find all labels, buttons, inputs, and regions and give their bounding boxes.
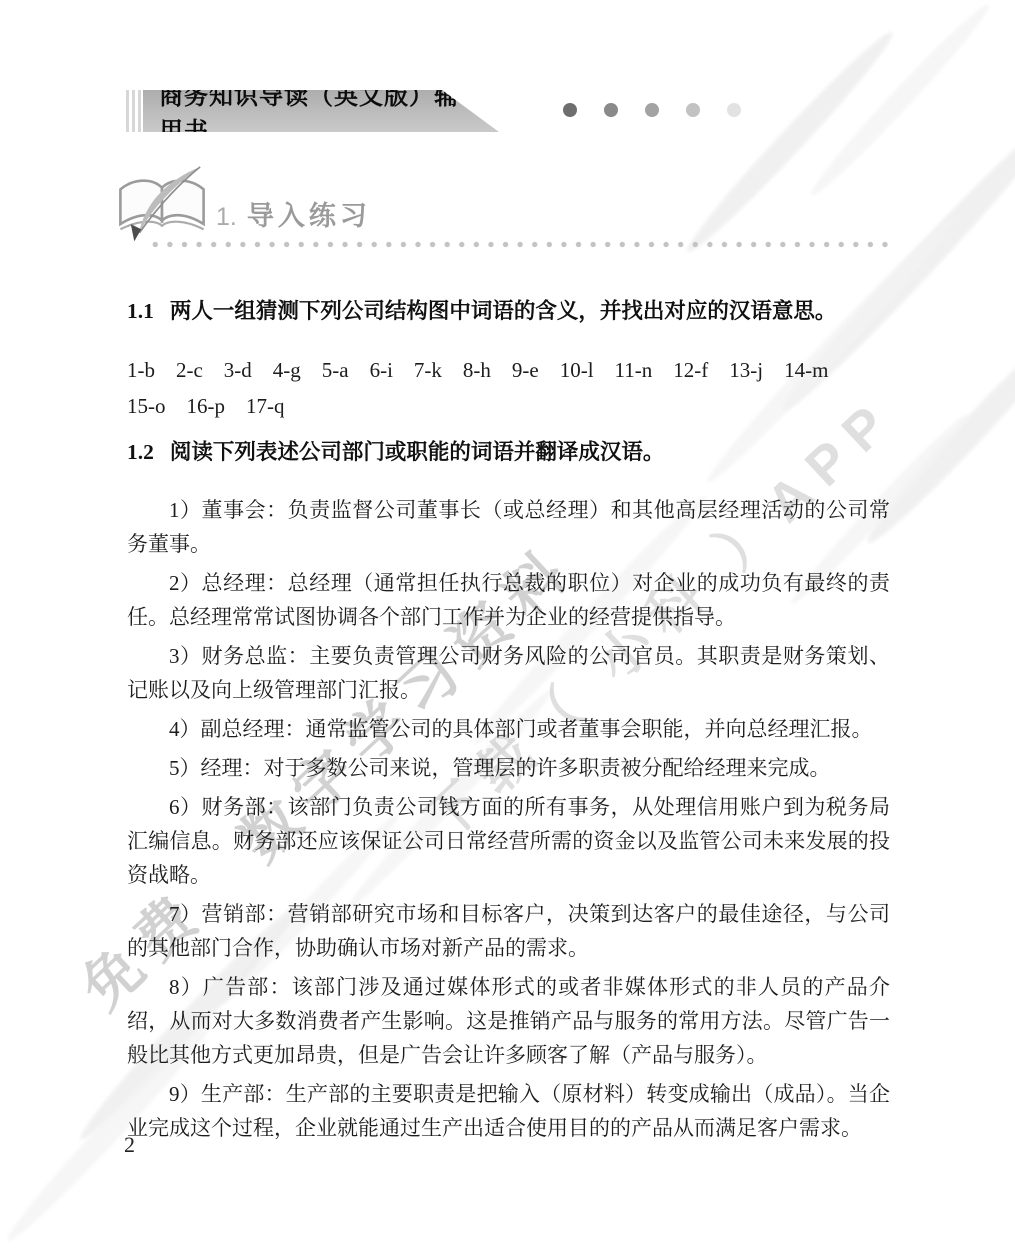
answer-key: 1-b 2-c 3-d 4-g 5-a 6-i 7-k 8-h 9-e 10-l… xyxy=(127,352,890,424)
page-number: 2 xyxy=(124,1132,135,1158)
dot xyxy=(604,103,618,117)
dot xyxy=(563,103,577,117)
exercise-1-2-answers: 1）董事会：负责监督公司董事长（或总经理）和其他高层经理活动的公司常务董事。 2… xyxy=(127,493,890,1145)
answer-paragraph: 6）财务部：该部门负责公司钱方面的所有事务，从处理信用账户到为税务局汇编信息。财… xyxy=(127,790,890,892)
section-number: 1. xyxy=(216,203,237,232)
book-quill-icon xyxy=(110,163,214,252)
section-header: 1. 导入练习 xyxy=(216,194,371,233)
answer-paragraph: 9）生产部：生产部的主要职责是把输入（原材料）转变成输出（成品）。当企业完成这个… xyxy=(127,1077,890,1145)
dot xyxy=(645,103,659,117)
dot xyxy=(727,103,741,117)
exercise-number: 1.2 xyxy=(127,440,154,464)
answer-key-line: 1-b 2-c 3-d 4-g 5-a 6-i 7-k 8-h 9-e 10-l… xyxy=(127,352,890,388)
answer-paragraph: 2）总经理：总经理（通常担任执行总裁的职位）对企业的成功负有最终的责任。总经理常… xyxy=(127,566,890,634)
dot xyxy=(686,103,700,117)
exercise-title: 两人一组猜测下列公司结构图中词语的含义，并找出对应的汉语意思。 xyxy=(170,299,837,323)
exercise-1-1-heading: 1.1两人一组猜测下列公司结构图中词语的含义，并找出对应的汉语意思。 xyxy=(127,296,890,327)
answer-paragraph: 4）副总经理：通常监管公司的具体部门或者董事会职能，并向总经理汇报。 xyxy=(127,712,890,746)
banner-stripe-decoration xyxy=(126,90,142,132)
answer-paragraph: 7）营销部：营销部研究市场和目标客户，决策到达客户的最佳途径，与公司的其他部门合… xyxy=(127,897,890,965)
answer-paragraph: 5）经理：对于多数公司来说，管理层的许多职责被分配给经理来完成。 xyxy=(127,751,890,785)
page-content: 1.1两人一组猜测下列公司结构图中词语的含义，并找出对应的汉语意思。 1-b 2… xyxy=(127,296,890,1150)
book-title: 商务知识导读（英文版）辅导用书 xyxy=(159,76,499,146)
exercise-1-2-heading: 1.2阅读下列表述公司部门或职能的词语并翻译成汉语。 xyxy=(127,437,890,468)
answer-paragraph: 1）董事会：负责监督公司董事长（或总经理）和其他高层经理活动的公司常务董事。 xyxy=(127,493,890,561)
answer-paragraph: 3）财务总监：主要负责管理公司财务风险的公司官员。其职责是财务策划、记账以及向上… xyxy=(127,639,890,707)
answer-key-line: 15-o 16-p 17-q xyxy=(127,388,890,424)
page-header-banner: 商务知识导读（英文版）辅导用书 xyxy=(143,90,499,132)
textbook-page: 免费 数字学习资料 下载（ 小科 ）APP 商务知识导读（英文版）辅导用书 1.… xyxy=(0,0,1015,1254)
answer-paragraph: 8）广告部：该部门涉及通过媒体形式的或者非媒体形式的非人员的产品介绍，从而对大多… xyxy=(127,970,890,1072)
header-dot-decoration xyxy=(563,103,768,117)
exercise-number: 1.1 xyxy=(127,299,154,323)
section-title: 导入练习 xyxy=(247,194,371,233)
exercise-title: 阅读下列表述公司部门或职能的词语并翻译成汉语。 xyxy=(170,440,665,464)
dotted-divider xyxy=(148,241,890,248)
